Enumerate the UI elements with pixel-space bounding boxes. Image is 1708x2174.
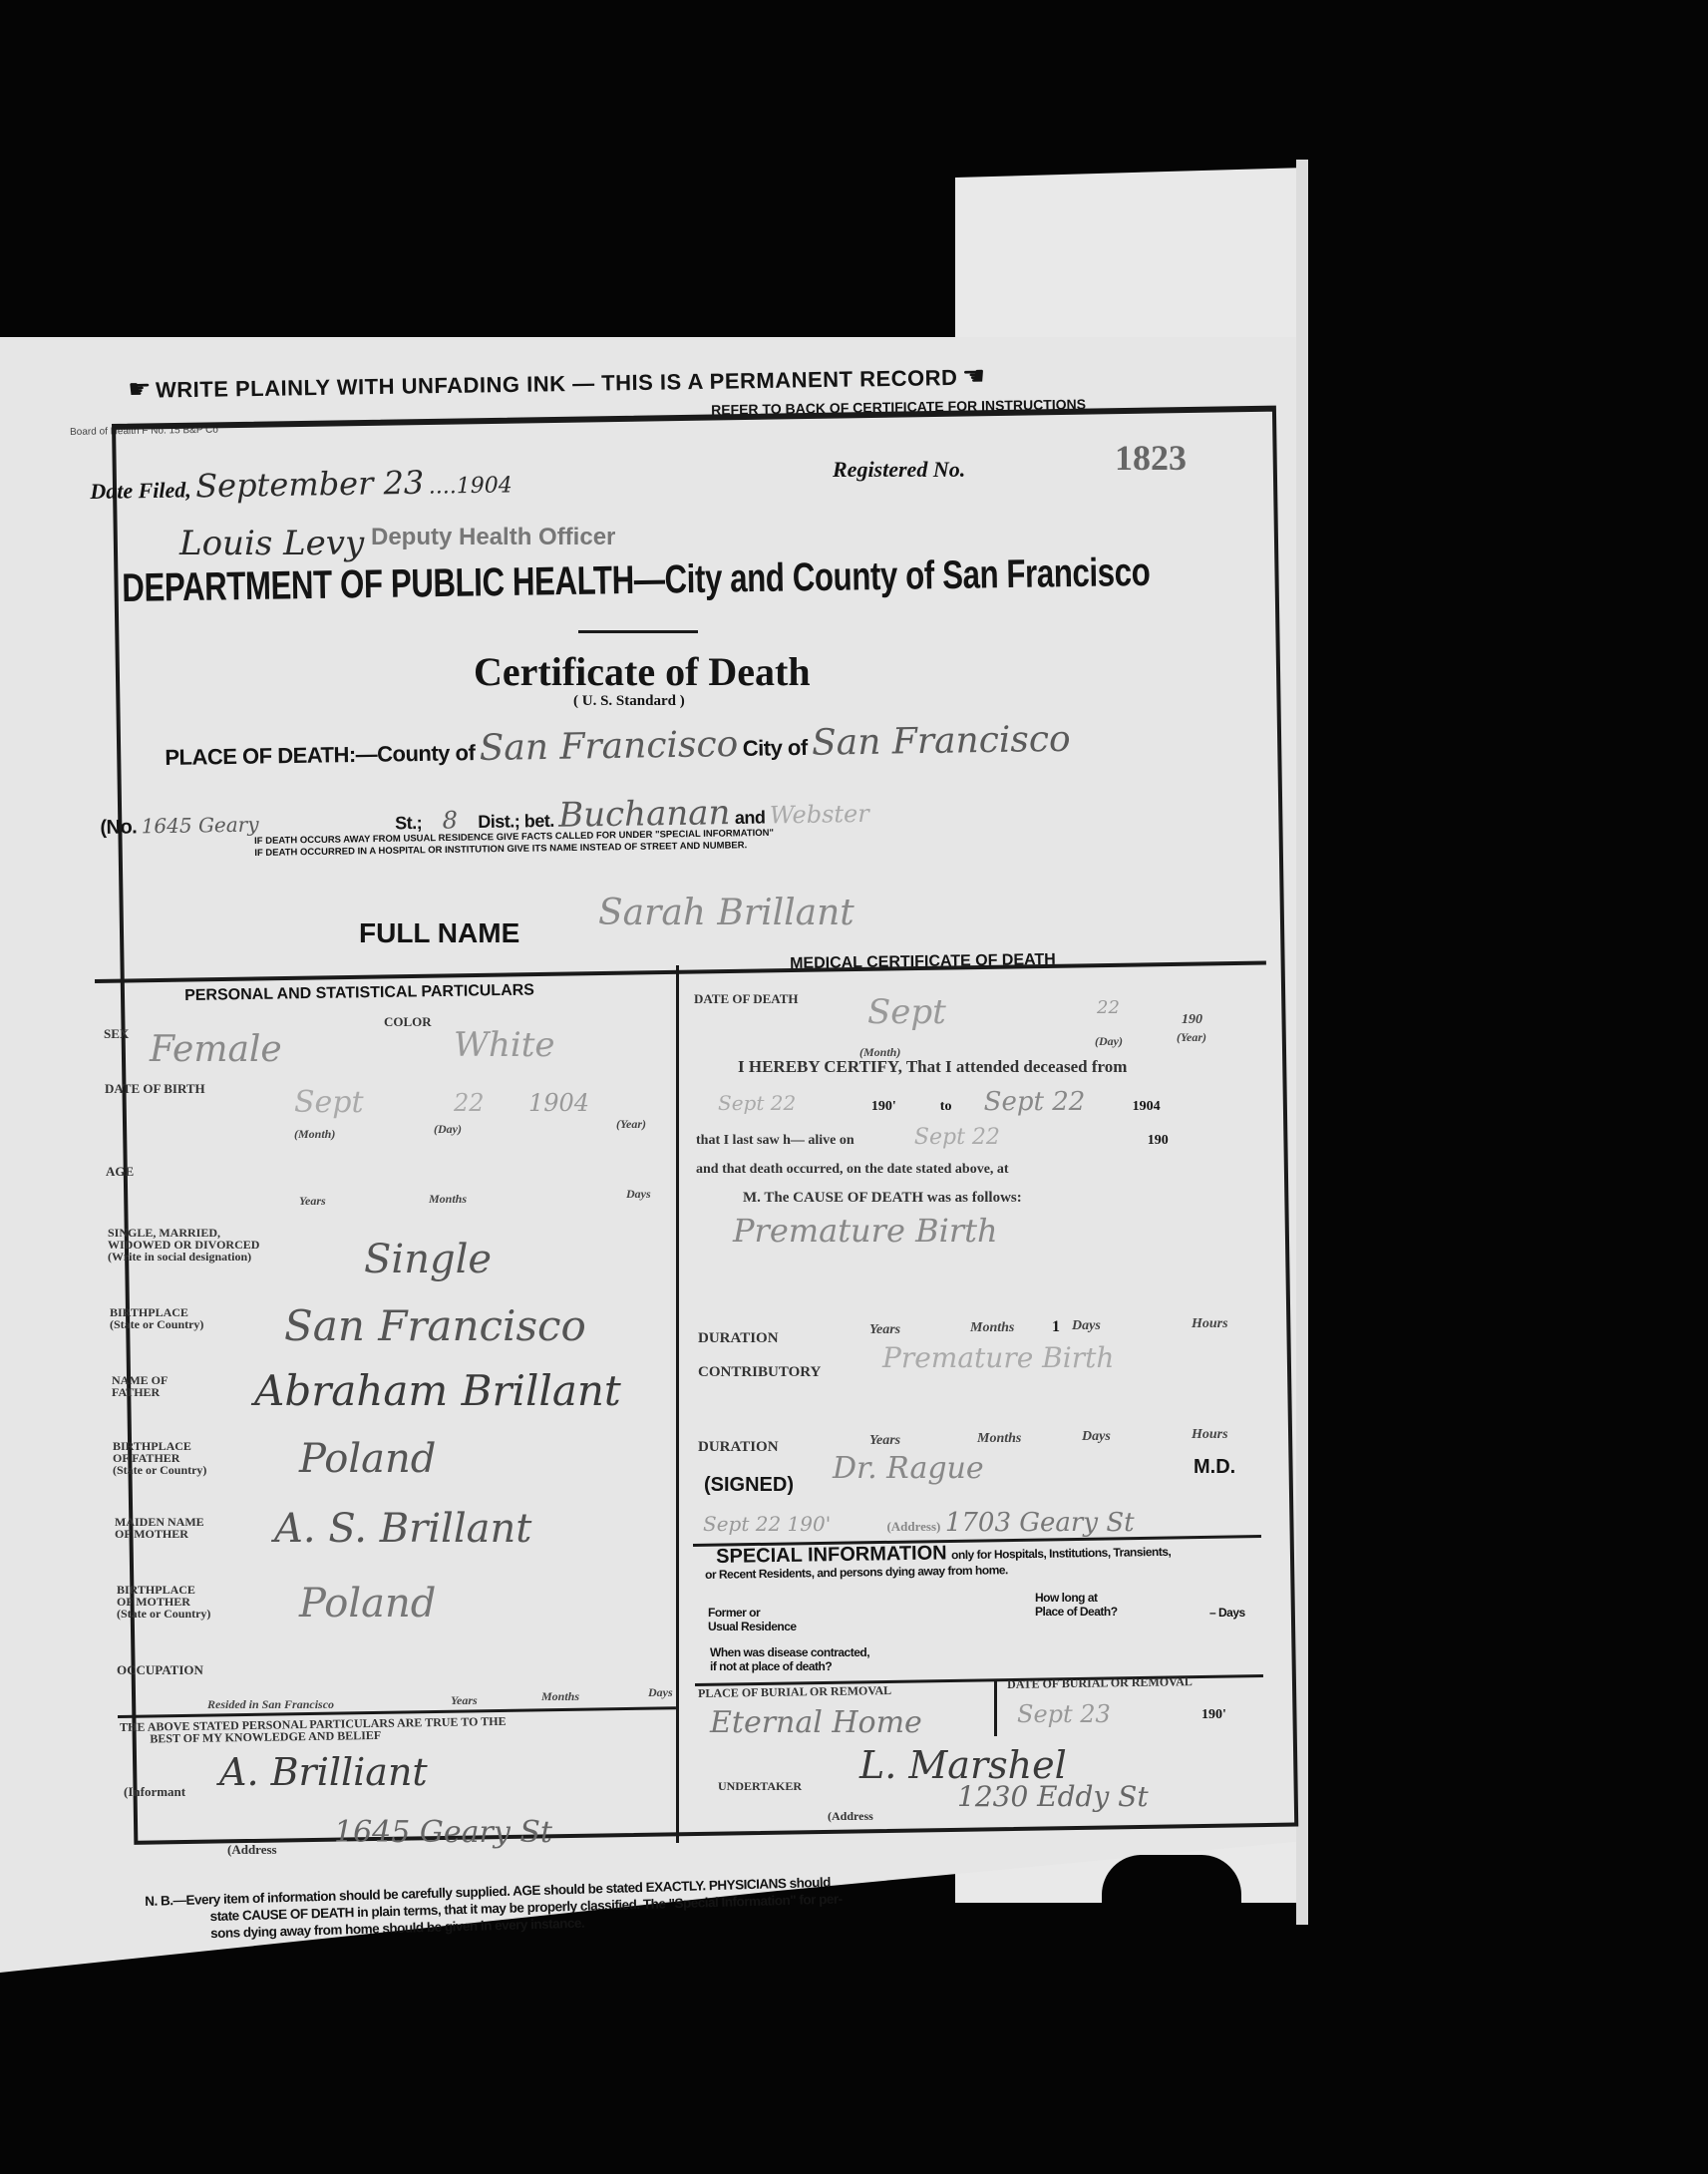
dob-year: 1904 (528, 1089, 589, 1117)
burial-column-divider (994, 1681, 997, 1736)
marital-label-line-3: (Write in social designation) (108, 1251, 259, 1263)
rear-sheet-edge (1296, 160, 1308, 1925)
informant-value: A. Brilliant (219, 1750, 428, 1794)
county-value: San Francisco (479, 724, 738, 769)
city-label: City of (743, 735, 808, 761)
certify-text: I HEREBY CERTIFY, That I attended deceas… (738, 1057, 1127, 1077)
cause-text: M. The CAUSE OF DEATH was as follows: (743, 1190, 1022, 1207)
to-label: to (940, 1099, 980, 1115)
pointing-hand-icon: ☛ (128, 374, 152, 404)
last-saw-date: Sept 22 (914, 1125, 1144, 1150)
resided-days: Days (648, 1685, 673, 1700)
burial-date-year: 190' (1201, 1707, 1226, 1723)
mother-value: A. S. Brillant (274, 1506, 531, 1552)
certificate-title: Certificate of Death (474, 648, 811, 695)
officer-title: Deputy Health Officer (371, 524, 615, 551)
former-label-line-2: Usual Residence (708, 1620, 797, 1633)
occurred-text: and that death occurred, on the date sta… (696, 1162, 1009, 1178)
duration-label-2: DURATION (698, 1439, 779, 1456)
dod-label: DATE OF DEATH (694, 992, 799, 1005)
dob-year-caption: (Year) (616, 1117, 646, 1132)
attended-to-year: 1904 (1133, 1099, 1161, 1114)
resided-years: Years (451, 1693, 478, 1708)
attended-from-year: 190' (871, 1099, 936, 1115)
street-no-label: (No. (100, 816, 137, 839)
how-long-line-1: How long at (1035, 1591, 1118, 1605)
dist-label: Dist.; bet. (478, 811, 554, 832)
years-caption: Years (869, 1322, 900, 1338)
physician-address-label: (Address) (886, 1519, 940, 1534)
mother-label-line-2: OF MOTHER (115, 1528, 204, 1540)
dod-year-caption: (Year) (1177, 1030, 1206, 1045)
title-rule (578, 630, 698, 633)
burial-place-value: Eternal Home (710, 1705, 922, 1740)
signed-label: (SIGNED) (704, 1474, 794, 1497)
marital-value: Single (364, 1237, 492, 1282)
special-heading-note: only for Hospitals, Institutions, Transi… (951, 1545, 1171, 1562)
father-birthplace-label: BIRTHPLACE OF FATHER (State or Country) (113, 1440, 206, 1476)
officer-signature: Louis Levy (179, 524, 364, 563)
registered-no-label: Registered No. (833, 457, 965, 483)
full-name-label: FULL NAME (359, 917, 519, 949)
contracted-label: When was disease contracted, if not at p… (710, 1645, 869, 1673)
how-long-label: How long at Place of Death? (1035, 1591, 1118, 1619)
months-caption-2: Months (977, 1431, 1021, 1447)
us-standard: ( U. S. Standard ) (573, 693, 685, 710)
date-filed-year: ....1904 (429, 473, 512, 499)
registered-no: 1823 (1115, 437, 1187, 479)
mother-bp-line-3: (State or Country) (117, 1608, 210, 1620)
former-label-line-1: Former or (708, 1606, 797, 1620)
scan-shadow (1102, 1855, 1241, 2174)
contributory-label: CONTRIBUTORY (698, 1364, 821, 1381)
hours-caption: Hours (1192, 1316, 1228, 1332)
between-street-2: Webster (770, 800, 869, 830)
undertaker-address-label: (Address (828, 1810, 873, 1823)
marital-label: SINGLE, MARRIED, WIDOWED OR DIVORCED (Wr… (108, 1227, 259, 1263)
former-residence-label: Former or Usual Residence (708, 1606, 797, 1633)
date-filed-value: September 23 (195, 464, 425, 506)
dob-day: 22 (454, 1089, 485, 1117)
dod-year: 190 (1182, 1012, 1202, 1028)
father-bp-line-3: (State or Country) (113, 1464, 206, 1476)
hours-caption-2: Hours (1192, 1427, 1228, 1443)
birthplace-label-line-2: (State or Country) (110, 1318, 203, 1330)
dob-label: DATE OF BIRTH (105, 1082, 205, 1095)
dob-month: Sept (294, 1085, 364, 1120)
sex-value: Female (150, 1029, 282, 1070)
last-saw-row: that I last saw h— alive on Sept 22 190 (696, 1125, 1169, 1150)
father-value: Abraham Brillant (254, 1366, 621, 1415)
ward-value: 8 (442, 806, 458, 834)
signed-value: Dr. Rague (833, 1451, 984, 1486)
dod-day-caption: (Day) (1095, 1034, 1123, 1049)
signed-date-row: Sept 22 190' (Address) 1703 Geary St (703, 1508, 1135, 1538)
occupation-label: OCCUPATION (117, 1663, 203, 1676)
dob-month-caption: (Month) (294, 1127, 335, 1142)
undertaker-address-value: 1230 Eddy St (957, 1780, 1149, 1813)
mother-birthplace-label: BIRTHPLACE OF MOTHER (State or Country) (117, 1584, 210, 1620)
informant-address-value: 1645 Geary St (334, 1815, 552, 1850)
burial-date-value: Sept 23 (1017, 1700, 1111, 1728)
days-label: – Days (1209, 1606, 1245, 1620)
city-value: San Francisco (812, 719, 1071, 764)
undertaker-label: UNDERTAKER (718, 1780, 802, 1793)
full-name-value: Sarah Brillant (598, 893, 854, 933)
age-months-caption: Months (429, 1192, 467, 1207)
last-saw-year: 190 (1148, 1133, 1169, 1148)
resided-label: Resided in San Francisco (207, 1697, 334, 1712)
informant-label: (Informant (124, 1785, 185, 1798)
age-years-caption: Years (299, 1194, 326, 1209)
father-label-line-2: FATHER (112, 1386, 168, 1398)
last-saw-label: that I last saw h— alive on (696, 1133, 910, 1149)
physician-address-value: 1703 Geary St (945, 1508, 1135, 1538)
date-filed-label: Date Filed, (90, 477, 191, 504)
birthplace-label: BIRTHPLACE (State or Country) (110, 1306, 203, 1330)
dod-day: 22 (1097, 997, 1120, 1018)
and-label: and (735, 808, 766, 828)
months-caption: Months (970, 1320, 1014, 1336)
pointing-hand-icon: ☚ (962, 360, 986, 390)
days-caption-2: Days (1082, 1429, 1111, 1445)
days-caption: Days (1072, 1318, 1101, 1334)
place-label: PLACE OF DEATH:—County of (165, 740, 475, 770)
contributory-value: Premature Birth (882, 1341, 1114, 1374)
resided-months: Months (541, 1689, 579, 1704)
birthplace-value: San Francisco (284, 1301, 586, 1350)
age-label: AGE (106, 1165, 134, 1178)
dob-day-caption: (Day) (434, 1122, 462, 1137)
attended-to: Sept 22 (984, 1087, 1129, 1117)
mother-label: MAIDEN NAME OF MOTHER (115, 1516, 204, 1540)
dod-month: Sept (867, 992, 946, 1032)
column-divider (676, 965, 679, 1843)
father-label: NAME OF FATHER (112, 1374, 168, 1398)
duration-days-value: 1 (1052, 1318, 1060, 1336)
contracted-line-2: if not at place of death? (710, 1659, 869, 1673)
color-label: COLOR (384, 1015, 432, 1028)
mother-birthplace-value: Poland (299, 1581, 436, 1627)
informant-address-label: (Address (227, 1843, 277, 1856)
years-caption-2: Years (869, 1433, 900, 1449)
duration-label: DURATION (698, 1330, 779, 1347)
cause-value: Premature Birth (733, 1212, 998, 1250)
age-days-caption: Days (626, 1187, 651, 1202)
attended-from: Sept 22 (718, 1091, 867, 1115)
date-filed-row: Date Filed, September 23 ....1904 (90, 462, 512, 507)
sex-label: SEX (104, 1027, 129, 1040)
how-long-line-2: Place of Death? (1035, 1605, 1118, 1619)
attended-dates-row: Sept 22 190' to Sept 22 1904 (718, 1087, 1161, 1117)
signed-date: Sept 22 190' (703, 1512, 882, 1536)
contracted-line-1: When was disease contracted, (710, 1645, 869, 1659)
md-label: M.D. (1194, 1456, 1235, 1479)
father-birthplace-value: Poland (299, 1436, 436, 1482)
color-value: White (454, 1025, 555, 1065)
st-label: St.; (395, 813, 422, 833)
